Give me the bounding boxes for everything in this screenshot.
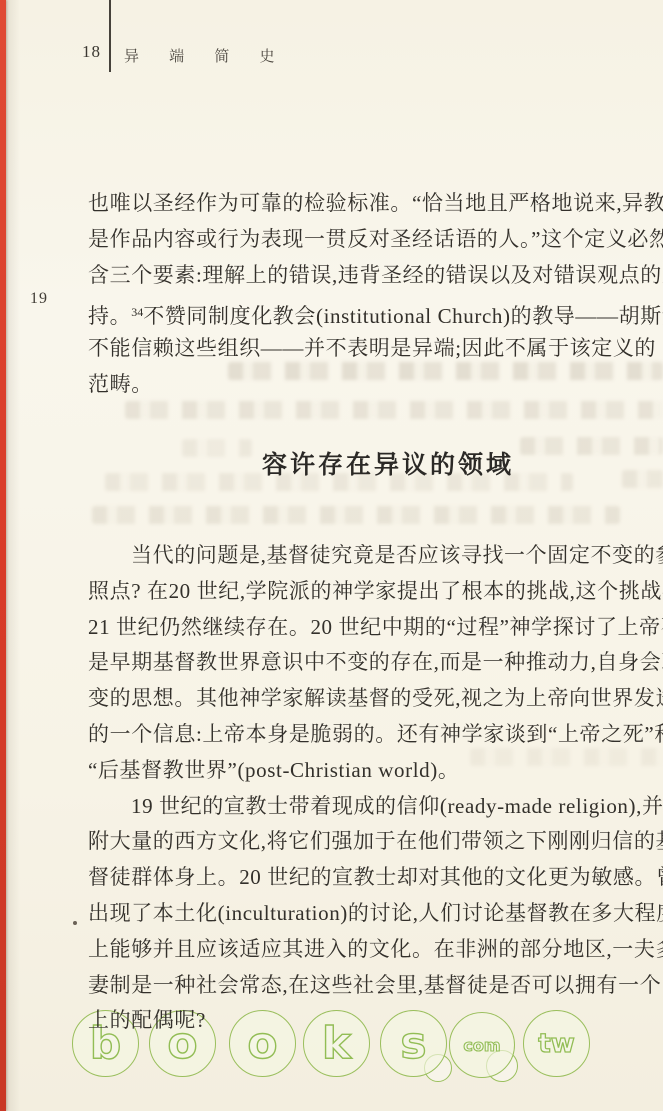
- text-line: 范畴。: [88, 366, 663, 402]
- text-line: 上能够并且应该适应其进入的文化。在非洲的部分地区,一夫多: [88, 932, 663, 968]
- text-line: 21 世纪仍然继续存在。20 世纪中期的“过程”神学探讨了上帝不: [88, 610, 663, 646]
- header-divider-rule: [109, 0, 111, 72]
- text-line: 督徒群体身上。20 世纪的宣教士却对其他的文化更为敏感。曾经: [88, 860, 663, 896]
- text-line: 上的配偶呢?: [88, 1003, 663, 1039]
- section-heading: 容许存在异议的领域: [88, 445, 663, 481]
- text-line: 的一个信息:上帝本身是脆弱的。还有神学家谈到“上帝之死”和: [88, 717, 663, 753]
- running-title: 异 端 简 史: [124, 45, 288, 66]
- text-line: 当代的问题是,基督徒究竟是否应该寻找一个固定不变的参: [88, 538, 663, 574]
- text-line: 妻制是一种社会常态,在这些社会里,基督徒是否可以拥有一个以: [88, 968, 663, 1004]
- bleed-through-smudge: [125, 401, 663, 419]
- text-line: 是早期基督教世界意识中不变的存在,而是一种推动力,自身会改: [88, 645, 663, 681]
- text-line-with-footnote: 持。34不赞同制度化教会(institutional Church)的教导——胡…: [88, 294, 663, 330]
- paragraph-1: 也唯以圣经作为可靠的检验标准。“恰当地且严格地说来,异教徒 是作品内容或行为表现…: [88, 185, 663, 402]
- text-line: 含三个要素:理解上的错误,违背圣经的错误以及对错误观点的坚: [88, 257, 663, 293]
- text-segment: 持。: [88, 304, 131, 328]
- paragraph-2-and-3: 当代的问题是,基督徒究竟是否应该寻找一个固定不变的参 照点? 在20 世纪,学院…: [88, 538, 663, 1039]
- text-line: 照点? 在20 世纪,学院派的神学家提出了根本的挑战,这个挑战在: [88, 574, 663, 610]
- text-line: 变的思想。其他神学家解读基督的受死,视之为上帝向世界发送: [88, 681, 663, 717]
- text-line: 也唯以圣经作为可靠的检验标准。“恰当地且严格地说来,异教徒: [88, 185, 663, 221]
- text-line: 不能信赖这些组织——并不表明是异端;因此不属于该定义的: [88, 330, 663, 366]
- text-line: 19 世纪的宣教士带着现成的信仰(ready-made religion),并随: [88, 789, 663, 825]
- text-line: 附大量的西方文化,将它们强加于在他们带领之下刚刚归信的基: [88, 824, 663, 860]
- paper-edge-shadow: [6, 0, 20, 1111]
- text-line: 出现了本土化(inculturation)的讨论,人们讨论基督教在多大程度: [88, 896, 663, 932]
- header-page-number: 18: [82, 42, 101, 62]
- margin-page-number: 19: [30, 290, 48, 308]
- ink-speck: [73, 921, 77, 925]
- text-line: 是作品内容或行为表现一贯反对圣经话语的人。”这个定义必然包: [88, 221, 663, 257]
- text-line: “后基督教世界”(post-Christian world)。: [88, 753, 663, 789]
- footnote-reference: 34: [131, 305, 143, 319]
- book-page-scan: 18 异 端 简 史 19 也唯以圣经作为可靠的检验标准。“恰当地且严格地说来,…: [0, 0, 663, 1111]
- bleed-through-smudge: [92, 506, 620, 524]
- text-segment: 不赞同制度化教会(institutional Church)的教导——胡斯觉得: [143, 304, 663, 328]
